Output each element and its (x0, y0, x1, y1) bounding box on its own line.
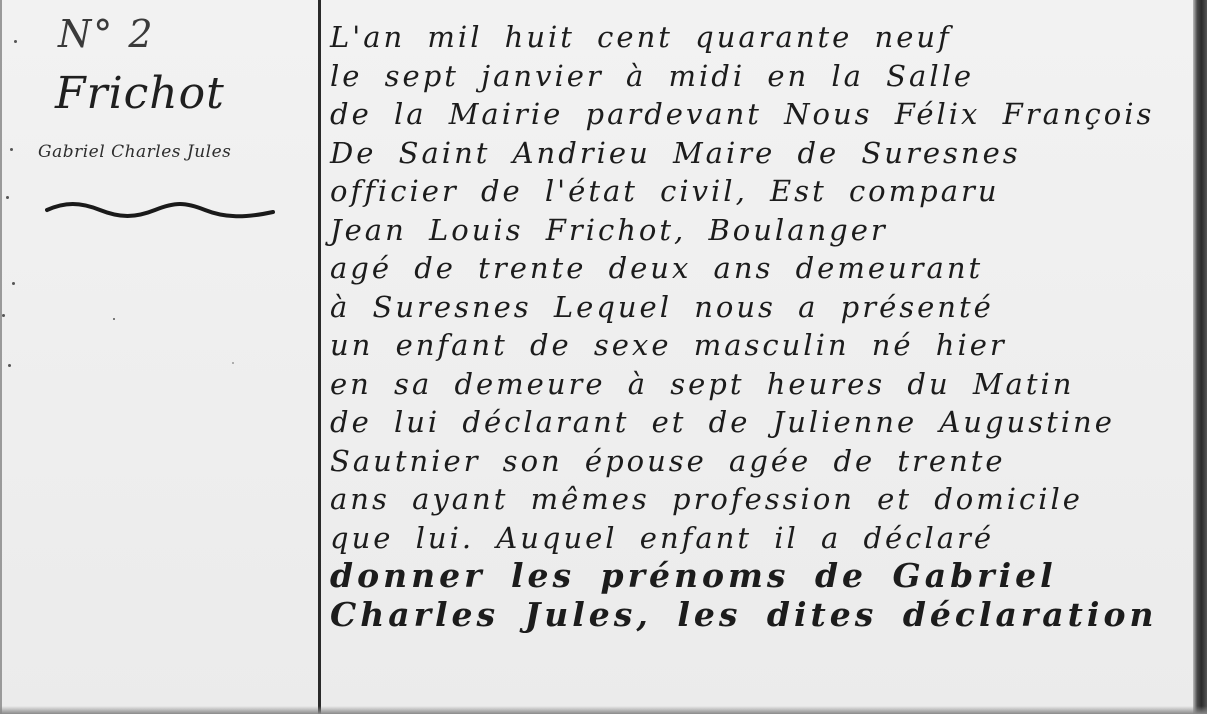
page-bottom-shadow (0, 706, 1207, 714)
record-line: le sept janvier à midi en la Salle (330, 57, 1190, 96)
record-line: à Suresnes Lequel nous a présenté (330, 288, 1190, 327)
record-line: Jean Louis Frichot, Boulanger (330, 211, 1190, 250)
entry-given-names: Gabriel Charles Jules (38, 142, 231, 162)
margin-column: N° 2 Frichot Gabriel Charles Jules (0, 0, 318, 714)
record-line: en sa demeure à sept heures du Matin (330, 365, 1190, 404)
page-binding-edge (1193, 0, 1207, 714)
record-line: Sautnier son épouse agée de trente (330, 442, 1190, 481)
entry-surname: Frichot (55, 68, 225, 119)
record-line: agé de trente deux ans demeurant (330, 249, 1190, 288)
record-line: ans ayant mêmes profession et domicile (330, 480, 1190, 519)
entry-number: N° 2 (58, 12, 155, 56)
document-page: N° 2 Frichot Gabriel Charles Jules ƒ L'a… (0, 0, 1207, 714)
record-body: ƒ L'an mil huit cent quarante neuf le se… (330, 18, 1190, 634)
record-line: de la Mairie pardevant Nous Félix Franço… (330, 95, 1190, 134)
wavy-flourish-icon (45, 198, 275, 224)
record-line-given-name: donner les prénoms de Gabriel (330, 557, 1190, 596)
record-line: de lui déclarant et de Julienne Augustin… (330, 403, 1190, 442)
record-line: L'an mil huit cent quarante neuf (330, 18, 1190, 57)
margin-divider-rule (318, 0, 321, 714)
record-line: officier de l'état civil, Est comparu (330, 172, 1190, 211)
record-line: De Saint Andrieu Maire de Suresnes (330, 134, 1190, 173)
record-line-given-names: Charles Jules, les dites déclaration (330, 596, 1190, 635)
record-line: que lui. Auquel enfant il a déclaré (330, 519, 1190, 558)
record-line: un enfant de sexe masculin né hier (330, 326, 1190, 365)
